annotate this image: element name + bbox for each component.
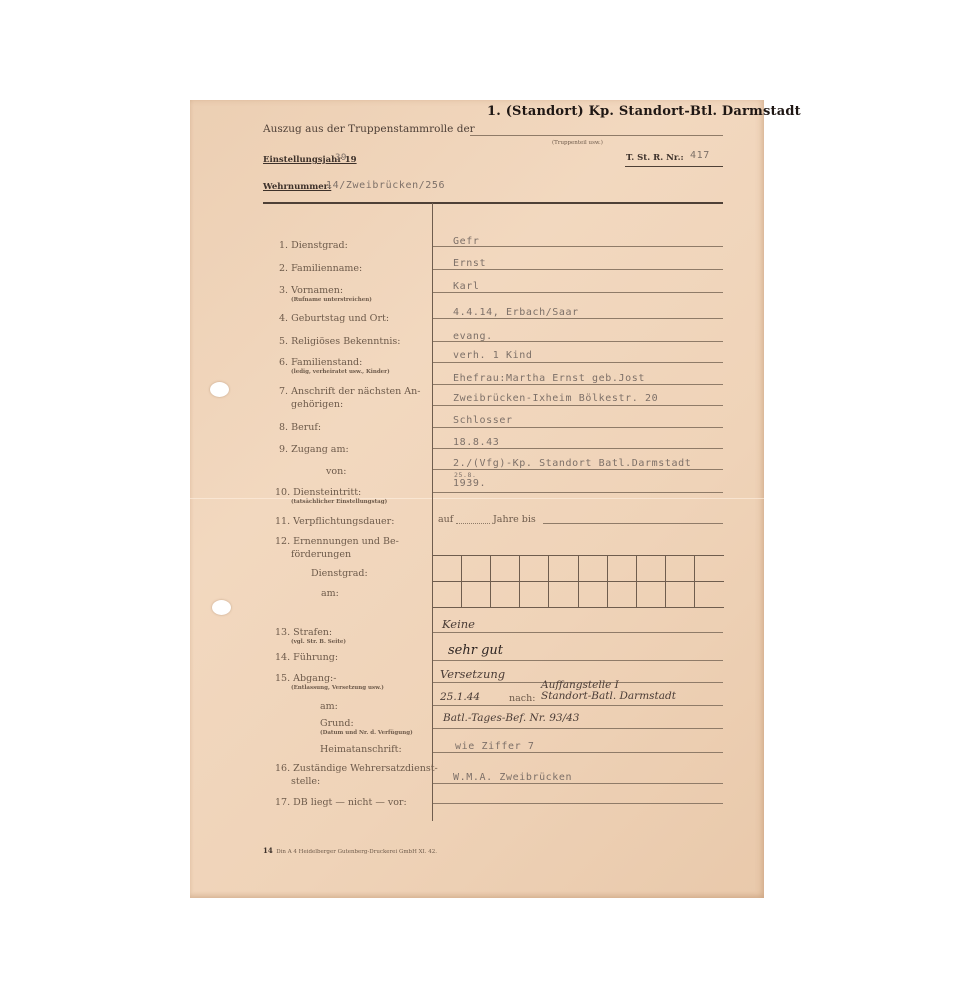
printer-footer: 14 Din A 4 Heidelberger Gutenberg-Drucke… (263, 846, 437, 855)
form-title: Auszug aus der Truppenstammrolle der (263, 123, 475, 135)
field-value-von: 2./(Vfg)-Kp. Standort Batl.Darmstadt (453, 458, 691, 469)
field-label-bekenntnis: 5. Religiöses Bekenntnis: (279, 336, 400, 347)
wehrnummer-label: Wehrnummer: (263, 182, 331, 192)
entry-line (433, 469, 723, 470)
entry-line (433, 384, 723, 385)
field-label-familienname: 2. Familienname: (279, 263, 362, 274)
entry-line (433, 318, 723, 319)
field-label-promotion-rank: Dienstgrad: (311, 568, 368, 579)
field-label-db: 17. DB liegt — nicht — vor: (275, 797, 407, 808)
field-label-familienstand: 6. Familienstand: (279, 357, 362, 368)
field-label-wehrersatzdienststelle-cont: stelle: (291, 776, 320, 787)
header-divider (263, 202, 723, 204)
enlistment-year-value: 39 (335, 153, 347, 163)
field-label-vornamen: 3. Vornamen: (279, 285, 343, 296)
field-label-anschrift-cont: gehörigen: (291, 399, 343, 410)
punch-hole-lower (212, 600, 231, 615)
register-no-label: T. St. R. Nr.: (626, 153, 684, 163)
field-sublabel-strafen: (vgl. Str. B. Seite) (291, 639, 346, 645)
field-value-fuehrung: sehr gut (448, 643, 503, 658)
field-value-familienstand: verh. 1 Kind (453, 350, 532, 361)
field-label-heimatanschrift: Heimatanschrift: (320, 744, 402, 755)
field-value-grund: Batl.-Tages-Bef. Nr. 93/43 (443, 712, 580, 724)
field-label-zugang: 9. Zugang am: (279, 444, 349, 455)
field-label-abgang: 15. Abgang:- (275, 673, 336, 684)
entry-line (433, 269, 723, 270)
field-value-vornamen: Karl (453, 281, 479, 292)
field-label-geburtstag: 4. Geburtstag und Ort: (279, 313, 389, 324)
entry-line (433, 660, 723, 661)
field-sublabel-grund: (Datum und Nr. d. Verfügung) (320, 730, 415, 737)
field-value-geburtstag: 4.4.14, Erbach/Saar (453, 307, 579, 318)
verpflichtung-jahre-bis: Jahre bis (493, 514, 536, 525)
field-value-nach-2: Standort-Batl. Darmstadt (541, 690, 676, 702)
unit-stamp: 1. (Standort) Kp. Standort-Btl. Darmstad… (487, 104, 801, 119)
field-value-zugang: 18.8.43 (453, 437, 499, 448)
promotions-grid (433, 555, 724, 608)
entry-line (433, 246, 723, 247)
register-no-line (625, 166, 723, 167)
field-label-strafen: 13. Strafen: (275, 627, 332, 638)
paper-fold (190, 498, 764, 499)
entry-line (433, 362, 723, 363)
field-value-beruf: Schlosser (453, 415, 513, 426)
field-label-abgang-am: am: (320, 701, 338, 712)
entry-line (433, 492, 723, 493)
field-value-heimatanschrift: wie Ziffer 7 (455, 741, 534, 752)
field-label-anschrift: 7. Anschrift der nächsten An- (279, 386, 420, 397)
unit-line (470, 135, 723, 136)
entry-line (433, 803, 723, 804)
wehrnummer-value: 14/Zweibrücken/256 (326, 180, 445, 191)
field-label-ernennungen: 12. Ernennungen und Be- (275, 536, 399, 547)
field-value-familienname: Ernst (453, 258, 486, 269)
entry-line (433, 783, 723, 784)
punch-hole-upper (210, 382, 229, 397)
field-label-promotion-date: am: (321, 588, 339, 599)
entry-line (433, 705, 723, 706)
entry-line (433, 292, 723, 293)
field-label-von: von: (326, 466, 346, 477)
entry-line (433, 448, 723, 449)
field-label-verpflichtungsdauer: 11. Verpflichtungsdauer: (275, 516, 394, 527)
field-value-abgang: Versetzung (440, 667, 505, 681)
field-value-anschrift-1: Ehefrau:Martha Ernst geb.Jost (453, 373, 645, 384)
field-label-nach: nach: (509, 693, 535, 704)
verpflichtung-years-line (456, 523, 490, 524)
unit-sublabel: (Truppenteil usw.) (552, 140, 603, 146)
field-sublabel-vornamen: (Rufname unterstreichen) (291, 297, 372, 303)
field-label-dienstgrad: 1. Dienstgrad: (279, 240, 348, 251)
verpflichtung-until-line (543, 523, 723, 524)
field-label-diensteintritt: 10. Diensteintritt: (275, 487, 361, 498)
field-sublabel-familienstand: (ledig, verheiratet usw., Kinder) (291, 369, 390, 375)
field-value-strafen: Keine (442, 617, 475, 631)
field-label-wehrersatzdienststelle: 16. Zuständige Wehrersatzdienst- (275, 763, 438, 774)
entry-line (433, 632, 723, 633)
field-value-diensteintritt-year: 1939. (453, 478, 486, 489)
field-sublabel-abgang: (Entlassung, Versetzung usw.) (291, 685, 384, 691)
entry-line (433, 752, 723, 753)
field-sublabel-diensteintritt: (tatsächlicher Einstellungstag) (291, 499, 387, 505)
entry-line (433, 427, 723, 428)
field-label-ernennungen-cont: förderungen (291, 549, 351, 560)
field-value-wehrersatzdienststelle: W.M.A. Zweibrücken (453, 772, 572, 783)
verpflichtung-auf: auf (438, 514, 453, 525)
entry-line (433, 405, 723, 406)
field-label-fuehrung: 14. Führung: (275, 652, 338, 663)
entry-line (433, 728, 723, 729)
field-label-beruf: 8. Beruf: (279, 422, 321, 433)
field-value-abgang-am: 25.1.44 (440, 691, 480, 703)
entry-line (433, 341, 723, 342)
field-label-grund: Grund: (320, 718, 354, 729)
field-value-anschrift-2: Zweibrücken-Ixheim Bölkestr. 20 (453, 393, 658, 404)
register-no-value: 417 (690, 150, 710, 161)
